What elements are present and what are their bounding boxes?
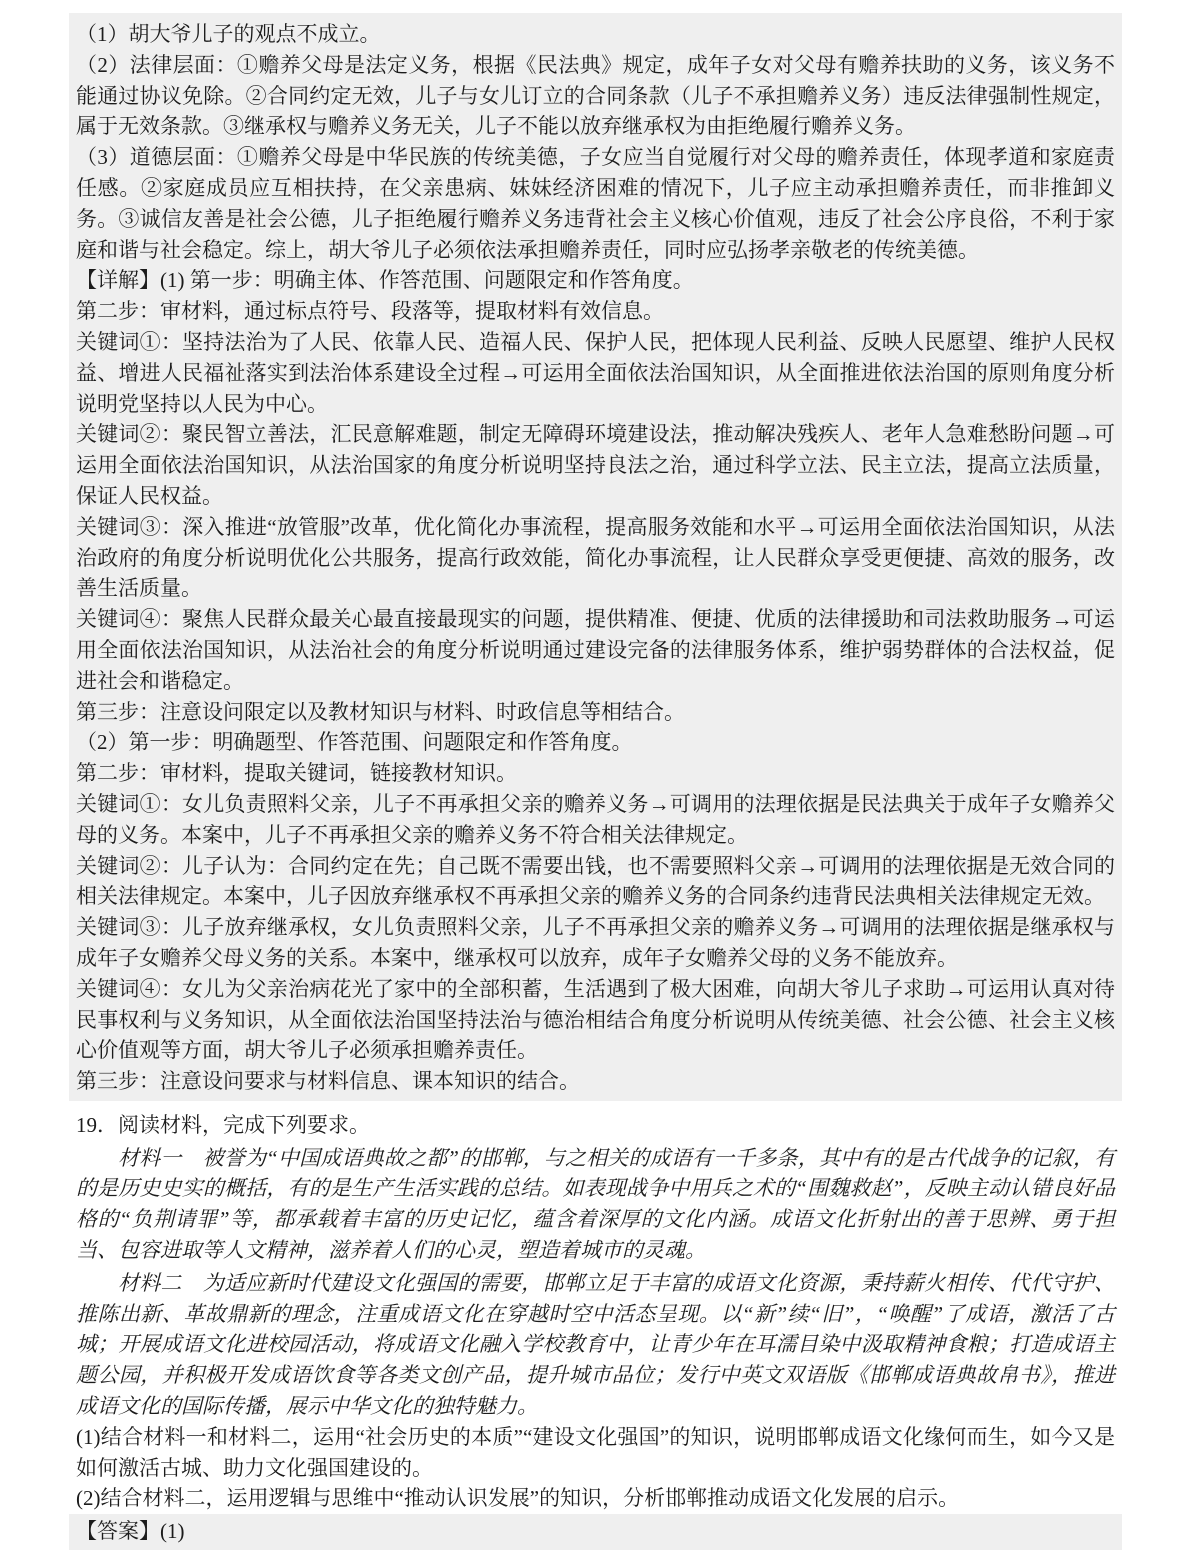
- question-19-section: 19．阅读材料，完成下列要求。 材料一 被誉为“中国成语典故之都”的邯郸，与之相…: [69, 1110, 1122, 1514]
- document-page: （1）胡大爷儿子的观点不成立。 （2）法律层面：①赡养父母是法定义务，根据《民法…: [0, 0, 1190, 1562]
- detail-q1-step1-paragraph: 【详解】(1) 第一步：明确主体、作答范围、问题限定和作答角度。: [76, 265, 1115, 296]
- detail-q1-keyword1-paragraph: 关键词①：坚持法治为了人民、依靠人民、造福人民、保护人民，把体现人民利益、反映人…: [76, 327, 1115, 419]
- answer-explanation-section: （1）胡大爷儿子的观点不成立。 （2）法律层面：①赡养父母是法定义务，根据《民法…: [69, 13, 1122, 1101]
- legal-level-paragraph: （2）法律层面：①赡养父母是法定义务，根据《民法典》规定，成年子女对父母有赡养扶…: [76, 50, 1115, 142]
- detail-q2-keyword4-paragraph: 关键词④：女儿为父亲治病花光了家中的全部积蓄，生活遇到了极大困难，向胡大爷儿子求…: [76, 974, 1115, 1066]
- detail-q2-step1-paragraph: （2）第一步：明确题型、作答范围、问题限定和作答角度。: [76, 727, 1115, 758]
- detail-q2-step3-paragraph: 第三步：注意设问要求与材料信息、课本知识的结合。: [76, 1066, 1115, 1097]
- answer-label: 【答案】(1): [76, 1516, 1115, 1547]
- detail-q2-keyword2-paragraph: 关键词②：儿子认为：合同约定在先；自己既不需要出钱，也不需要照料父亲→可调用的法…: [76, 851, 1115, 913]
- detail-q1-step3-paragraph: 第三步：注意设问限定以及教材知识与材料、时政信息等相结合。: [76, 697, 1115, 728]
- question-19-subquestion-2: (2)结合材料二，运用逻辑与思维中“推动认识发展”的知识，分析邯郸推动成语文化发…: [76, 1483, 1115, 1514]
- question-19-subquestion-1: (1)结合材料一和材料二，运用“社会历史的本质”“建设文化强国”的知识，说明邯郸…: [76, 1422, 1115, 1484]
- detail-q1-step2-paragraph: 第二步：审材料，通过标点符号、段落等，提取材料有效信息。: [76, 296, 1115, 327]
- question-19-material-one: 材料一 被誉为“中国成语典故之都”的邯郸，与之相关的成语有一千多条，其中有的是古…: [76, 1143, 1115, 1266]
- detail-q1-keyword4-paragraph: 关键词④：聚焦人民群众最关心最直接最现实的问题，提供精准、便捷、优质的法律援助和…: [76, 604, 1115, 696]
- answer-conclusion-paragraph: （1）胡大爷儿子的观点不成立。: [76, 19, 1115, 50]
- document-content: （1）胡大爷儿子的观点不成立。 （2）法律层面：①赡养父母是法定义务，根据《民法…: [69, 13, 1122, 1550]
- detail-q2-keyword1-paragraph: 关键词①：女儿负责照料父亲，儿子不再承担父亲的赡养义务→可调用的法理依据是民法典…: [76, 789, 1115, 851]
- moral-level-paragraph: （3）道德层面：①赡养父母是中华民族的传统美德，子女应当自觉履行对父母的赡养责任…: [76, 142, 1115, 265]
- detail-q1-keyword3-paragraph: 关键词③：深入推进“放管服”改革，优化简化办事流程，提高服务效能和水平→可运用全…: [76, 512, 1115, 604]
- question-19-stem: 19．阅读材料，完成下列要求。: [76, 1110, 1115, 1141]
- question-19-material-two: 材料二 为适应新时代建设文化强国的需要，邯郸立足于丰富的成语文化资源，秉持薪火相…: [76, 1268, 1115, 1422]
- detail-q2-keyword3-paragraph: 关键词③：儿子放弃继承权，女儿负责照料父亲，儿子不再承担父亲的赡养义务→可调用的…: [76, 912, 1115, 974]
- detail-q2-step2-paragraph: 第二步：审材料，提取关键词，链接教材知识。: [76, 758, 1115, 789]
- answer-label-strip: 【答案】(1): [69, 1514, 1122, 1550]
- detail-q1-keyword2-paragraph: 关键词②：聚民智立善法，汇民意解难题，制定无障碍环境建设法，推动解决残疾人、老年…: [76, 419, 1115, 511]
